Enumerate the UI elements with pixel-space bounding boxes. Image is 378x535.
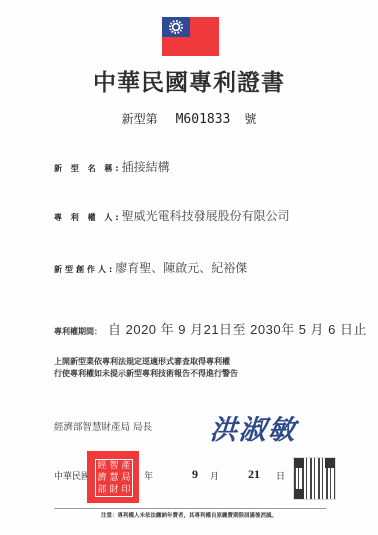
issue-date-day-unit: 日 bbox=[276, 469, 285, 482]
issuing-authority: 經濟部智慧財產局 局長 bbox=[54, 419, 152, 433]
roc-flag-icon bbox=[162, 17, 219, 56]
patent-number: M601833 bbox=[176, 112, 231, 127]
legal-notes: 上開新型業依專利法規定逕適形式審查取得專利權 行使專利權如未提示新型專利技術報告… bbox=[54, 356, 238, 380]
field-value: 廖育聖、陳啟元、紀裕傑 bbox=[115, 261, 247, 275]
official-seal-icon: 經 智 產 濟 慧 局 部 財 印 bbox=[87, 451, 139, 503]
seal-char: 濟 bbox=[96, 472, 108, 484]
patent-number-prefix: 新型第 bbox=[122, 112, 158, 126]
term-value: 自 2020 年 9 月21日至 2030年 5 月 6 日止 bbox=[108, 322, 367, 337]
field-label: 新型創作人: bbox=[54, 265, 115, 274]
footnote: 注意：專利權人未依法繳納年費者，其專利權自原繳費期限屆滿後消滅。 bbox=[0, 511, 378, 519]
patent-certificate: 中華民國專利證書 新型第M601833號 新 型 名 稱:插接結構 專 利 權 … bbox=[0, 0, 378, 535]
field-value: 聖威光電科技發展股份有限公司 bbox=[122, 209, 290, 223]
term-label: 專利權期間： bbox=[54, 327, 102, 336]
field-value: 插接結構 bbox=[122, 160, 170, 174]
issue-date-day: 21 bbox=[248, 467, 260, 482]
field-creators: 新型創作人:廖育聖、陳啟元、紀裕傑 bbox=[54, 259, 247, 276]
white-sun-icon bbox=[169, 20, 183, 34]
seal-characters: 經 智 產 濟 慧 局 部 財 印 bbox=[95, 459, 133, 497]
seal-char: 產 bbox=[120, 460, 132, 472]
legal-note-line: 上開新型業依專利法規定逕適形式審查取得專利權 bbox=[54, 356, 238, 368]
seal-char: 慧 bbox=[108, 472, 120, 484]
flag-canton bbox=[162, 17, 190, 37]
director-signature: 洪淑敏 bbox=[209, 408, 299, 447]
issue-date-year-unit: 年 bbox=[144, 469, 153, 482]
qr-code-icon[interactable] bbox=[293, 457, 336, 500]
legal-note-line: 行使專利權如未提示新型專利技術報告不得進行警告 bbox=[54, 368, 238, 380]
field-label: 新 型 名 稱: bbox=[54, 164, 122, 173]
seal-char: 印 bbox=[120, 484, 132, 496]
seal-char: 部 bbox=[96, 484, 108, 496]
field-label: 專 利 權 人: bbox=[54, 213, 122, 222]
footer-divider bbox=[54, 508, 326, 509]
issue-date-month-unit: 月 bbox=[210, 469, 219, 482]
certificate-title: 中華民國專利證書 bbox=[0, 64, 378, 97]
seal-char: 智 bbox=[108, 460, 120, 472]
field-patent-holder: 專 利 權 人:聖威光電科技發展股份有限公司 bbox=[54, 207, 290, 224]
seal-char: 財 bbox=[108, 484, 120, 496]
patent-number-line: 新型第M601833號 bbox=[0, 110, 378, 127]
seal-char: 局 bbox=[120, 472, 132, 484]
seal-char: 經 bbox=[96, 460, 108, 472]
issue-date-era: 中華民國 bbox=[54, 469, 90, 482]
patent-term: 專利權期間：自 2020 年 9 月21日至 2030年 5 月 6 日止 bbox=[54, 319, 367, 338]
patent-number-suffix: 號 bbox=[244, 112, 256, 126]
issue-date-month: 9 bbox=[192, 467, 198, 482]
field-patent-name: 新 型 名 稱:插接結構 bbox=[54, 158, 170, 175]
